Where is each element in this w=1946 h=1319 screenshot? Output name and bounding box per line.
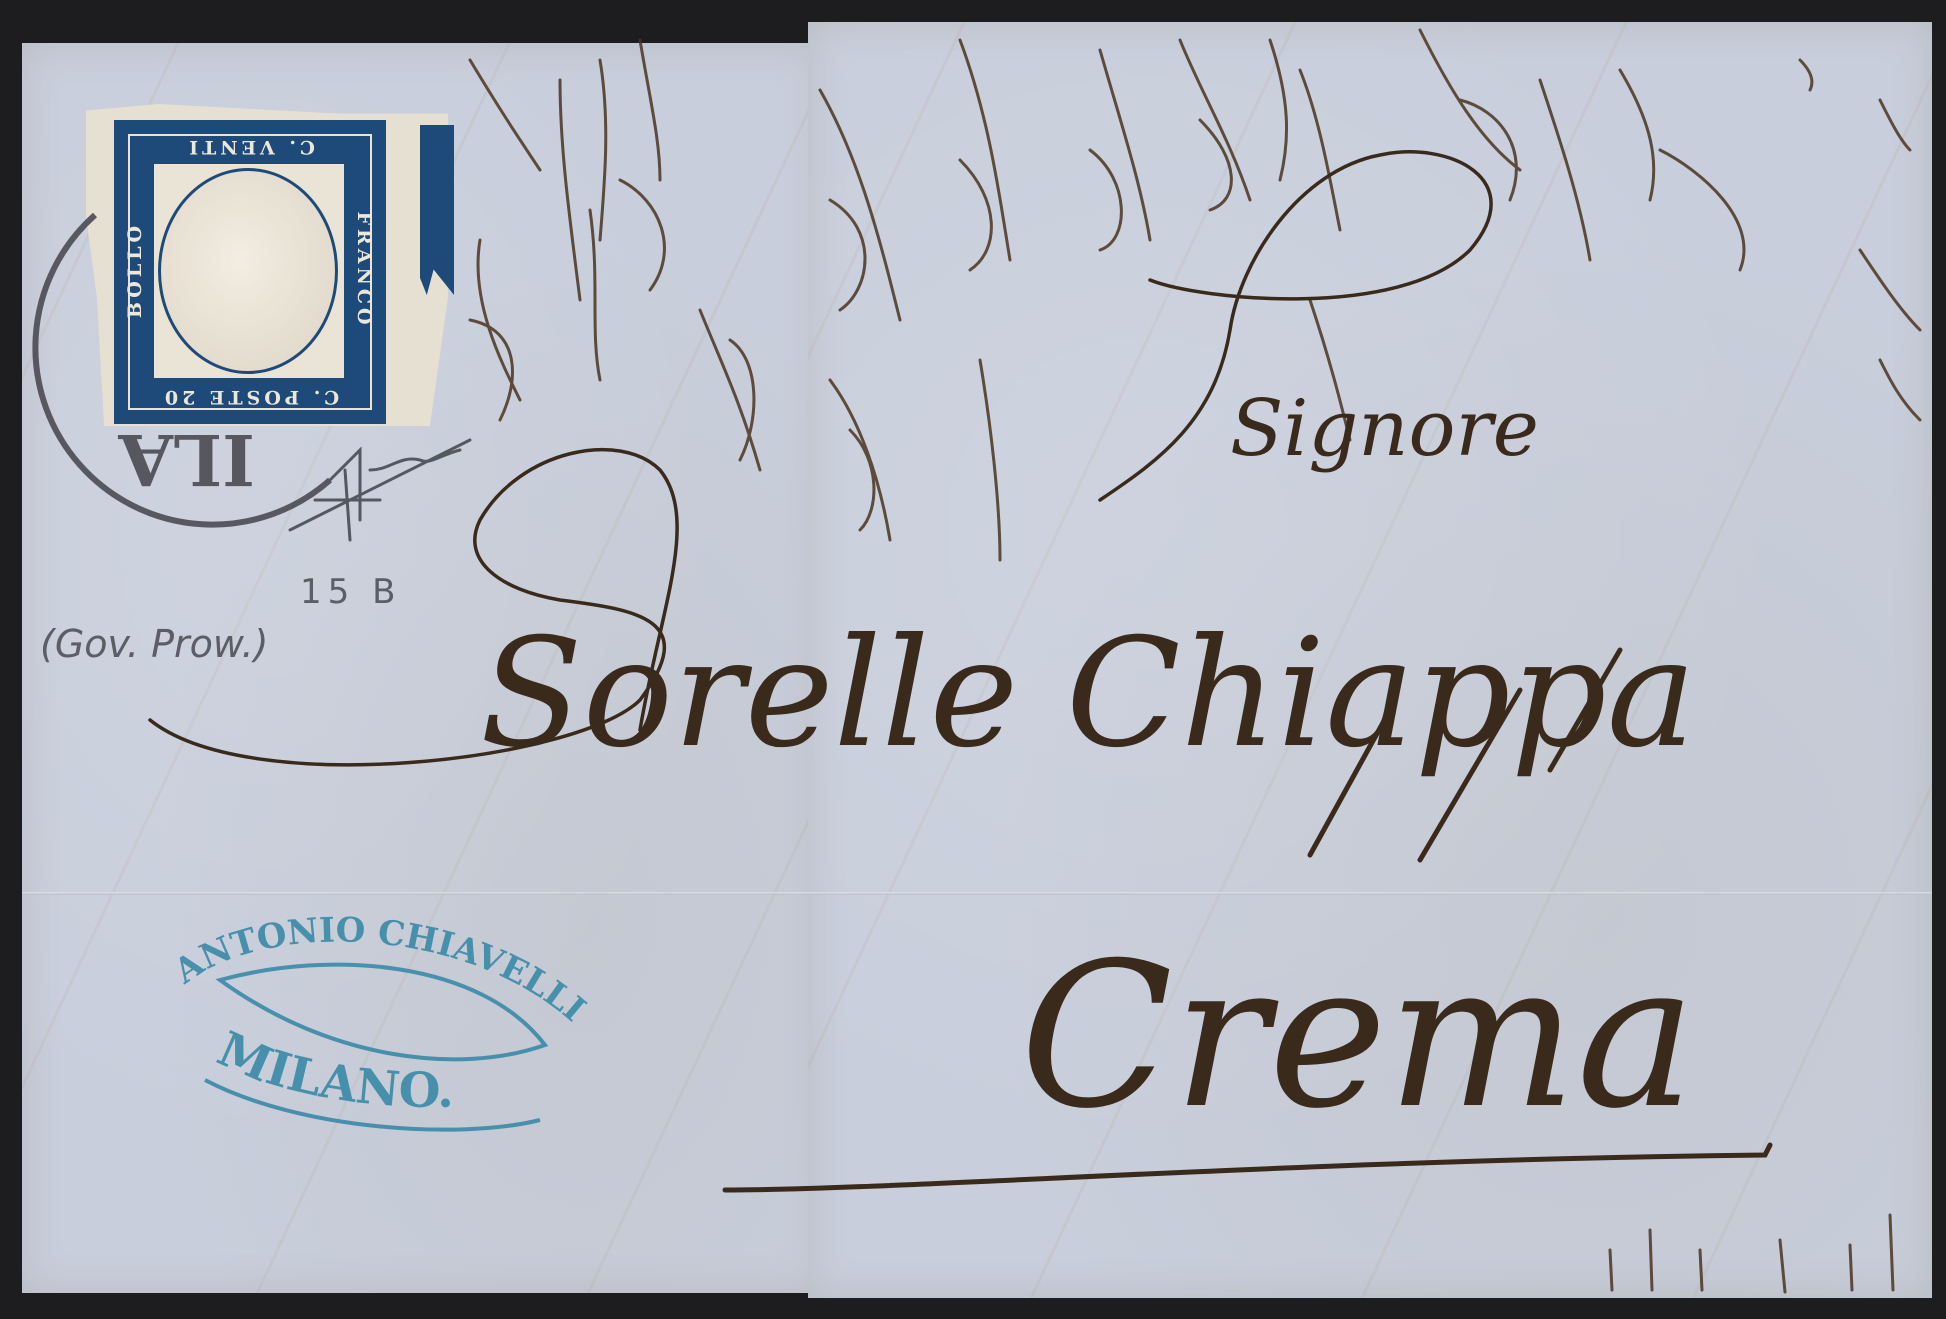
address-city: Crema	[1020, 920, 1696, 1153]
address-name: Sorelle Chiappa	[480, 607, 1696, 781]
address-salutation: Signore	[1230, 384, 1539, 474]
address-block: Signore Sorelle Chiappa Crema	[0, 0, 1946, 1319]
